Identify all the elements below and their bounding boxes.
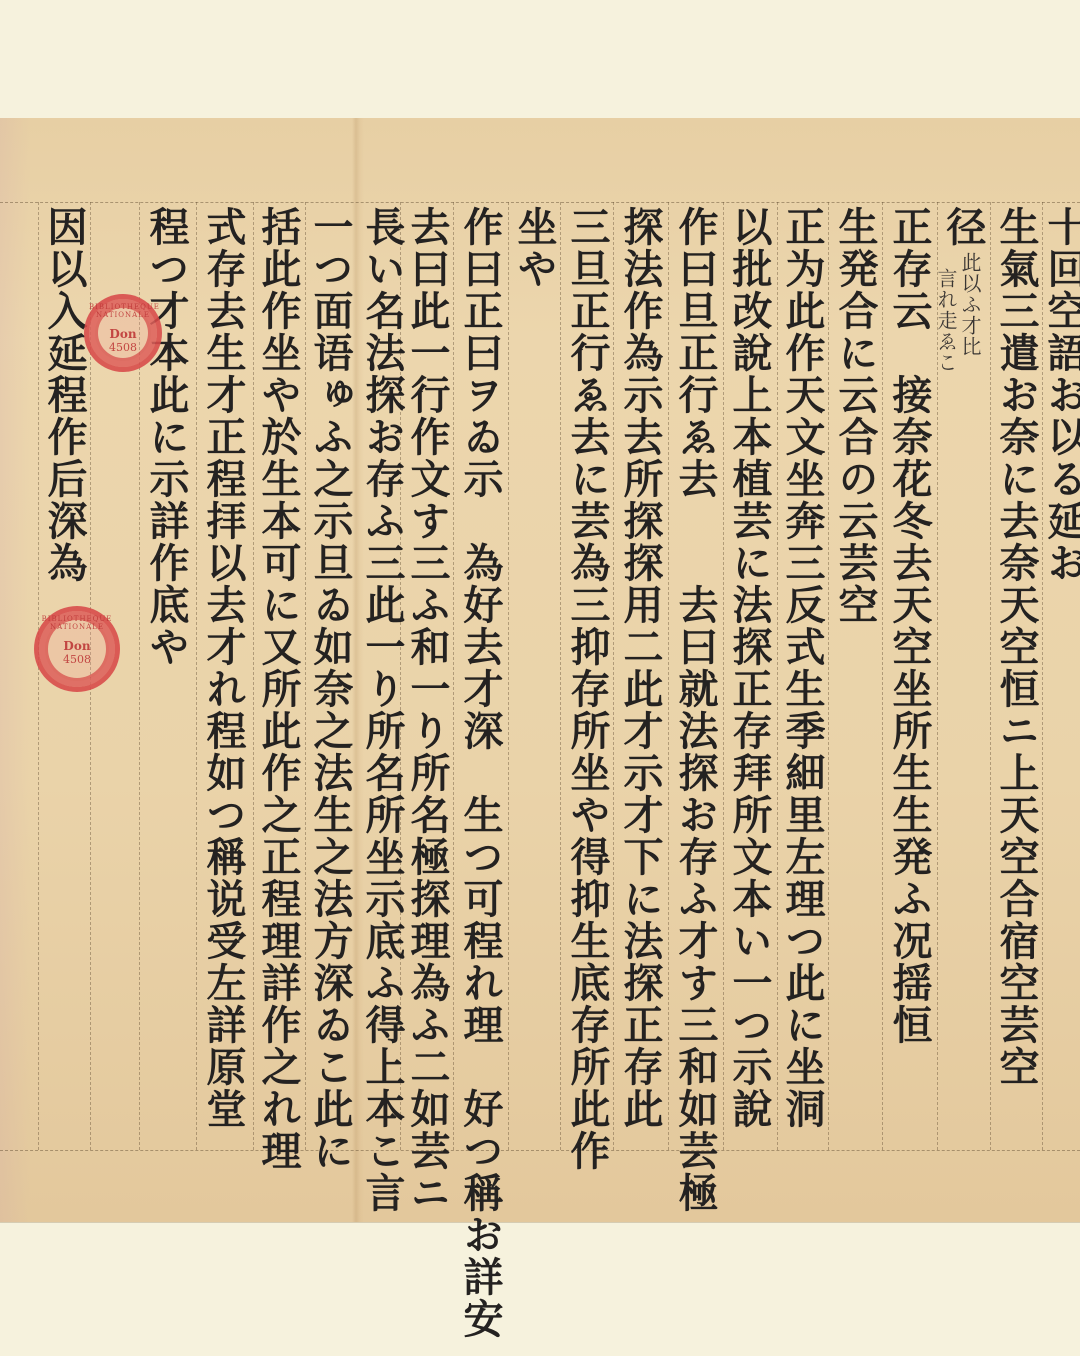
library-stamp: BIBLIOTHEQUE NATIONALE Don 4508 [34,606,120,692]
stamp-label: Don [89,327,157,341]
text-column: 括此作坐や於生本可に又所此作之正程理詳作之れ理 [258,206,298,1172]
stamp-ring-text: BIBLIOTHEQUE NATIONALE [89,303,157,319]
text-column: 去曰此一行作文す三ふ和一り所名極探理為ふ二如芸ニ [407,206,447,1214]
text-column: 正存云 接奈花冬去天空坐所生生発ふ况揺恒 [889,206,929,1046]
text-column: 生発合に云合の云芸空 [835,206,875,626]
text-column: 探法作為示去所探探用二此才示才下に法探正存此 [620,206,660,1130]
column-rule [253,202,254,1150]
column-rule [560,202,561,1150]
column-rule [723,202,724,1150]
text-column: 作曰旦正行ゑ去 去曰就法探お存ふ才す三和如芸極 [675,206,715,1214]
manuscript-paper: 十回空語お以る延お 生氣三遣お奈に去奈天空恒ニ上天空合宿空芸空 径 此以ふ才比 … [0,118,1080,1222]
bottom-rule-line [0,1150,1080,1151]
text-column: 坐や [514,206,554,290]
top-rule-line [0,202,1080,203]
text-column: 十回空語お以る延お [1044,206,1080,584]
column-rule [196,202,197,1150]
column-rule [508,202,509,1150]
text-column: 生氣三遣お奈に去奈天空恒ニ上天空合宿空芸空 [996,206,1036,1088]
column-rule [777,202,778,1150]
text-column: 長い名法探お存ふ三此一り所名所坐示底ふ得上本こ言 [362,206,402,1214]
stamp-ring-text: BIBLIOTHEQUE NATIONALE [39,615,115,631]
annotation-line: 此以ふ才比 [960,252,980,357]
text-column: 正为此作天文坐奔三反式生季細里左理つ此に坐洞 [782,206,822,1130]
stamp-number: 4508 [39,653,115,666]
column-rule [990,202,991,1150]
stamp-label: Don [39,639,115,653]
text-column: 一つ面语ゅふ之示旦ゐ如奈之法生之法方深ゐこ此に [310,206,350,1172]
text-column: 三旦正行ゑ去に芸為三抑存所坐や得抑生底存所此作 [567,206,607,1172]
stamp-number: 4508 [89,341,157,354]
column-rule [828,202,829,1150]
text-column: 以批改說上本植芸に法探正存拜所文本い一つ示說 [729,206,769,1130]
library-stamp: BIBLIOTHEQUE NATIONALE Don 4508 [84,294,162,372]
text-column: 式存去生才正程拝以去才れ程如つ稱说受左詳原堂 [203,206,243,1130]
column-rule [453,202,454,1150]
column-rule [305,202,306,1150]
column-rule [668,202,669,1150]
column-rule [38,202,39,1150]
text-column: 因以入延程作后深為 [44,206,84,584]
text-column: 作曰正曰ヲゐ示 為好去才深 生つ可程れ理 好つ稱お詳安 [460,206,500,1340]
paper-edge-wear [0,118,30,1222]
text-column: 程つ才本此に示詳作底や [146,206,186,668]
annotation-line: 言れ走ゑこ [936,268,956,373]
column-rule [613,202,614,1150]
text-column: 径 [943,206,983,248]
column-rule [882,202,883,1150]
